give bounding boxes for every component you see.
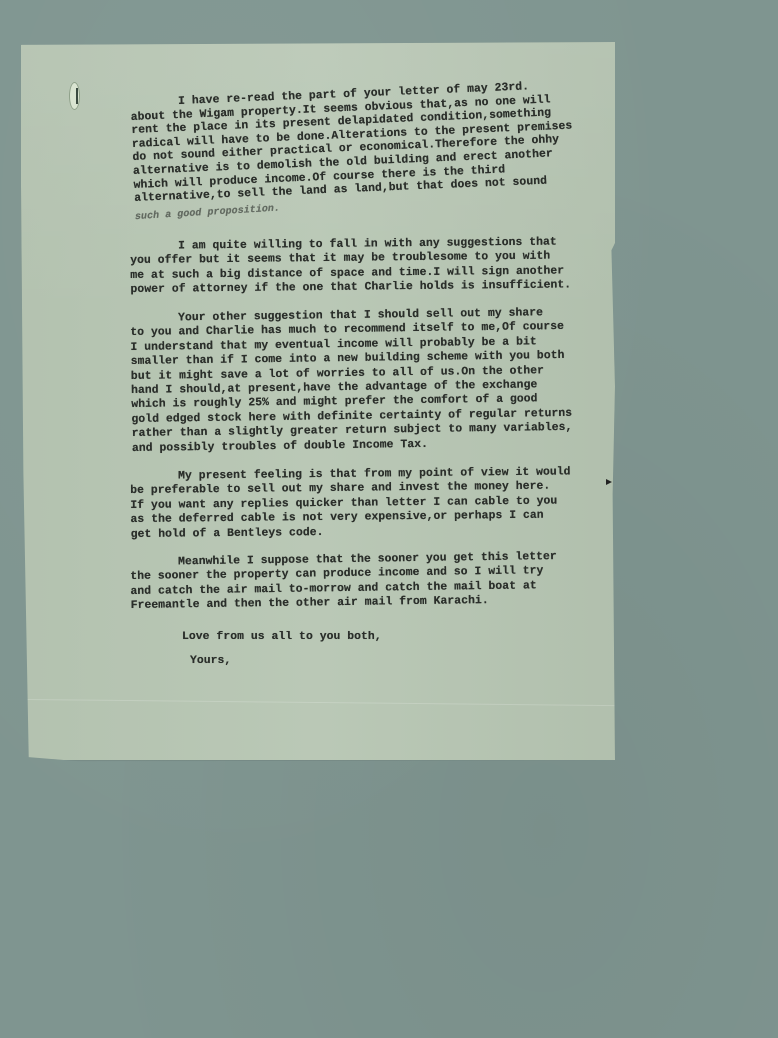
paragraph-4: My present feeling is that from my point… xyxy=(130,465,611,542)
signoff: Yours, xyxy=(130,654,610,668)
paragraph-5: Meanwhile I suppose that the sooner you … xyxy=(130,549,611,613)
letter-body: I have re-read the part of your letter o… xyxy=(130,100,610,669)
paragraph-3: Your other suggestion that I should sell… xyxy=(130,305,612,456)
paragraph-2: I am quite willing to fall in with any s… xyxy=(130,235,611,298)
punch-hole-mark xyxy=(69,82,80,110)
paragraph-1: I have re-read the part of your letter o… xyxy=(130,78,615,220)
paper-fold-crease xyxy=(21,699,615,706)
closing-line: Love from us all to you both, xyxy=(130,630,610,644)
